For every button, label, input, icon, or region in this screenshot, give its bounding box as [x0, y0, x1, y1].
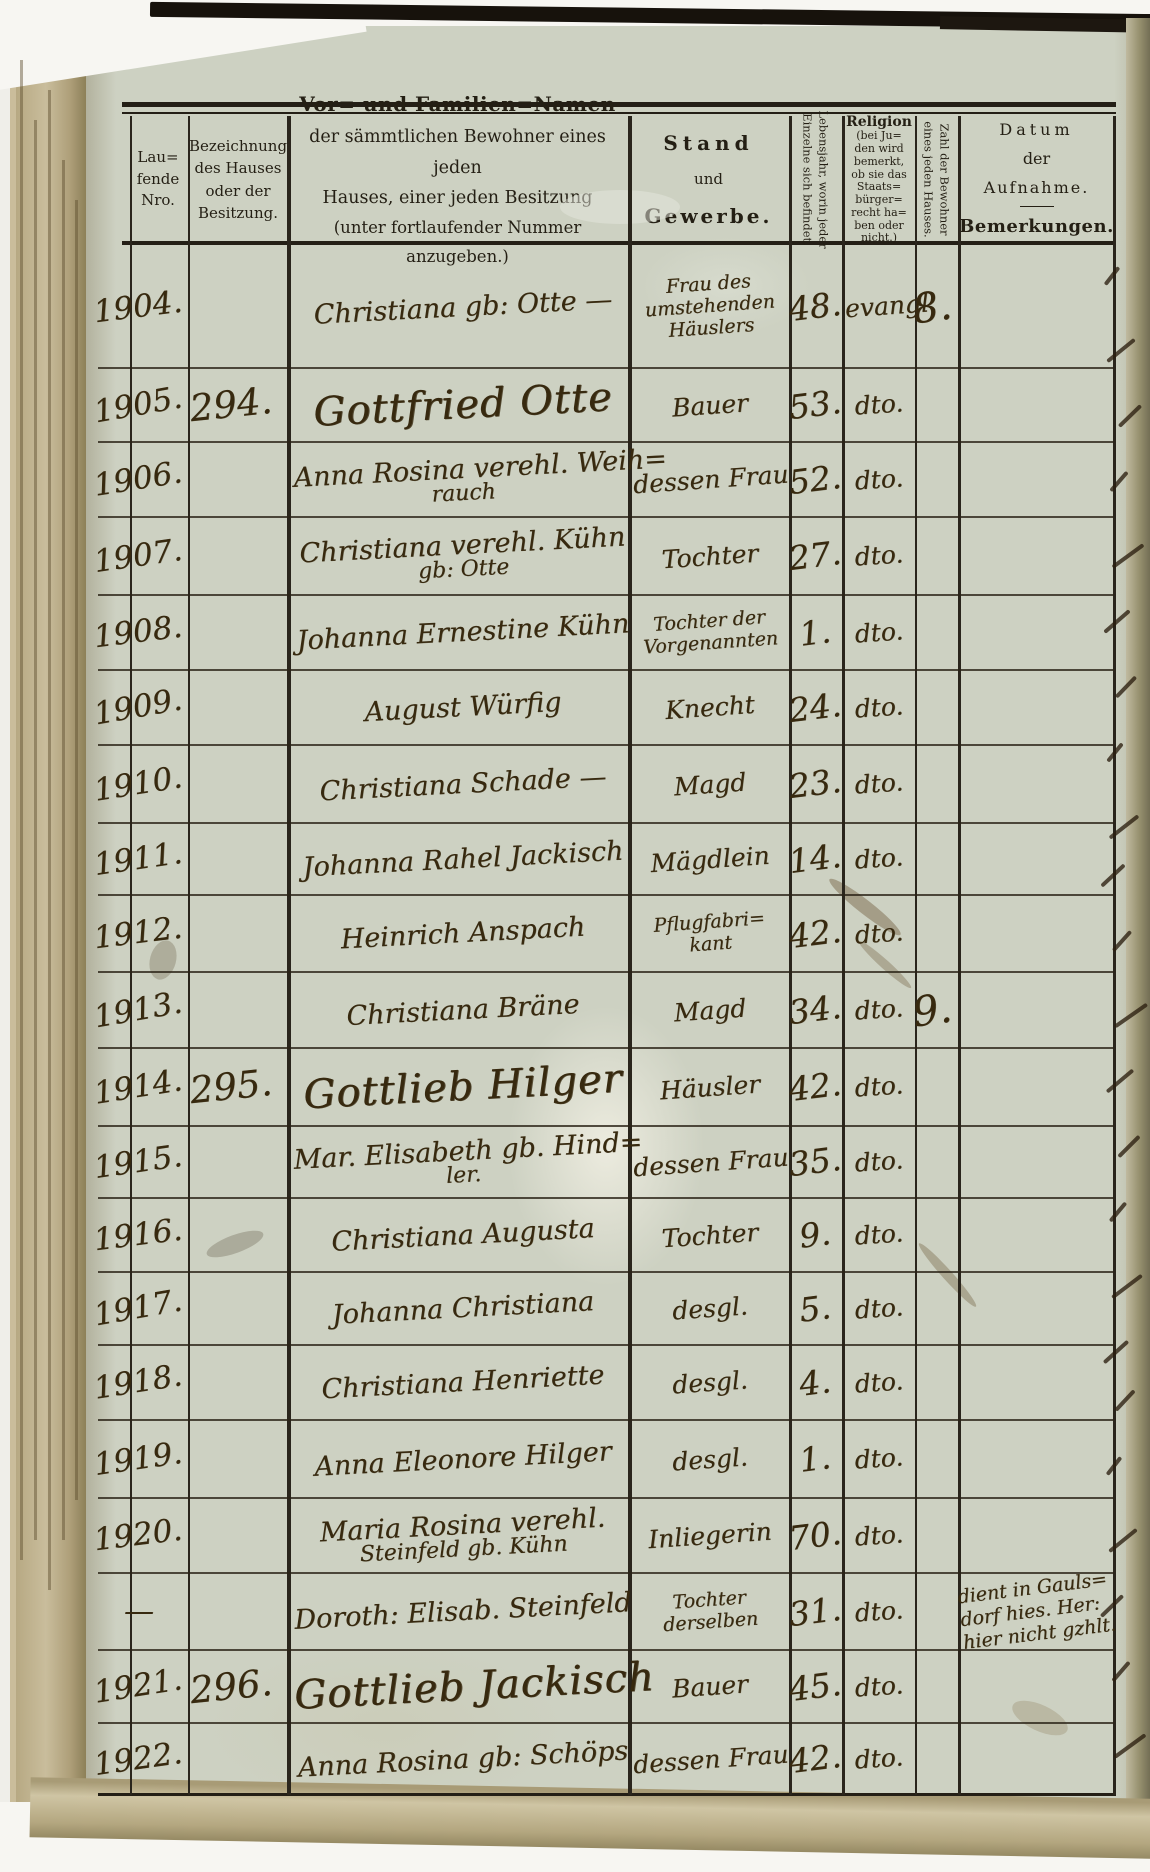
occupation-entry: Magd [630, 740, 789, 829]
header-zahl-bewohner: Zahl der Bewohner eines jeden Hauses. [915, 116, 958, 243]
age-entry: 42. [783, 1720, 847, 1798]
age-entry: 35. [783, 1123, 847, 1201]
name-entry-line: Doroth: Elisab. Steinfeld [293, 1587, 632, 1636]
table-row: 1905.294.Gottfried OtteBauer53.dto. [0, 368, 1150, 442]
row-number: 1904. [81, 240, 195, 373]
row-number: 1907. [83, 510, 193, 601]
table-row: 1910.Christiana Schade —Magd23.dto. [0, 745, 1150, 823]
header-religion: Religion (bei Ju= den wird bemerkt, ob s… [843, 116, 915, 243]
religion-entry: dto. [842, 743, 915, 826]
header-text: eines jeden Hauses. [923, 121, 937, 237]
occupation-entry: Bauer [631, 363, 790, 448]
age-entry: 70. [783, 1495, 848, 1576]
occupation-entry-line: Bauer [632, 385, 788, 425]
table-row: 1916.Christiana AugustaTochter9.dto. [0, 1198, 1150, 1272]
religion-entry: dto. [842, 1343, 915, 1423]
age-entry: 31. [783, 1570, 848, 1653]
religion-entry: dto. [843, 1721, 916, 1798]
header-text: Bezeichnung [189, 135, 287, 158]
header-text: Einzelne sich befindet. [802, 113, 816, 246]
house-number: 296. [174, 1645, 287, 1729]
occupation-entry-line: dessen Frau [632, 1142, 788, 1182]
header-lebensjahr: Lebensjahr, worin jeder Einzelne sich be… [789, 116, 842, 243]
header-text: Lebensjahr, worin jeder [817, 110, 831, 248]
page-edge-streak [62, 160, 65, 1540]
occupation-entry-line: Tochter [632, 536, 788, 576]
inhabitants-count-entry: 9. [900, 969, 964, 1052]
row-number: — [88, 1573, 188, 1650]
page-edge-streak [20, 60, 23, 1560]
age-entry: 24. [783, 667, 848, 748]
table-row: 1919.Anna Eleonore Hilgerdesgl.1.dto. [0, 1420, 1150, 1498]
religion-entry: dto. [842, 440, 915, 520]
religion-entry: dto. [842, 515, 915, 598]
occupation-entry: Mägdlein [631, 818, 790, 901]
age-entry: 42. [782, 1045, 847, 1129]
remark-entry: dient in Gauls=dorf hies. Her:hier nicht… [956, 1564, 1116, 1659]
occupation-entry-line: Knecht [632, 688, 788, 728]
table-row: 1913.Christiana BräneMagd34.dto.9. [0, 972, 1150, 1048]
header-text: Datum [999, 116, 1073, 145]
religion-entry: dto. [842, 593, 915, 673]
occupation-entry-line: dessen Frau [632, 1739, 788, 1779]
header-namen: Vor= und Familien=Namen der sämmtlichen … [289, 116, 626, 243]
age-entry: 52. [783, 439, 848, 520]
table-row: 1907.Christiana verehl. Kühngb: OtteToch… [0, 517, 1150, 595]
table-top-rule [122, 102, 1116, 107]
name-entry-line: Gottlieb Jackisch [293, 1655, 633, 1719]
header-text: der [1023, 145, 1050, 174]
stain [560, 190, 680, 224]
name-entry-line: Christiana Bräne [293, 986, 632, 1035]
occupation-entry-line: desgl. [632, 1289, 788, 1329]
table-row: 1917.Johanna Christianadesgl.5.dto. [0, 1272, 1150, 1345]
header-text: nicht.) [861, 232, 897, 245]
age-entry: 9. [783, 1195, 848, 1275]
age-entry: 1. [782, 1417, 847, 1501]
table-row: 1904.Christiana gb: Otte —Frau desumsteh… [0, 246, 1150, 368]
page-edge-streak [34, 120, 37, 1540]
religion-entry: dto. [843, 1648, 916, 1726]
header-stand-gewerbe: Stand und Gewerbe. [630, 116, 787, 243]
occupation-entry: desgl. [631, 1340, 790, 1426]
header-laufende-nro: Lau= fende Nro. [128, 116, 188, 243]
religion-entry: dto. [842, 893, 915, 975]
name-entry-line: Christiana Schade — [293, 760, 632, 809]
occupation-entry-line: desgl. [632, 1363, 788, 1403]
name-entry-line: Johanna Rahel Jackisch [293, 835, 632, 884]
header-text: und [694, 164, 723, 196]
occupation-entry: dessen Frau [631, 1121, 790, 1204]
header-text: den wird [854, 143, 903, 156]
header-text: Aufnahme. [984, 174, 1090, 203]
table-row: 1922.Anna Rosina gb: Schöpsdessen Frau42… [0, 1723, 1150, 1795]
occupation-entry-line: Mägdlein [632, 839, 788, 879]
header-text: Stand [663, 122, 753, 164]
header-text: des Hauses [195, 157, 282, 180]
religion-entry: dto. [842, 1418, 915, 1501]
header-text: Besitzung. [198, 202, 278, 225]
occupation-entry: Knecht [631, 665, 790, 751]
name-entry-line: Anna Rosina gb: Schöps [293, 1735, 632, 1784]
name-entry-line: August Würfig [293, 683, 632, 732]
religion-entry: dto. [843, 1270, 916, 1348]
header-text: fende [137, 169, 180, 191]
age-entry: 4. [783, 1342, 848, 1423]
name-entry-line: Heinrich Anspach [293, 909, 632, 958]
age-entry: 27. [782, 514, 847, 598]
age-entry: 42. [783, 892, 848, 975]
age-entry: 1. [783, 592, 848, 673]
house-number: 294. [174, 363, 287, 448]
header-text: Lau= [137, 147, 178, 169]
age-entry: 5. [783, 1269, 847, 1348]
religion-entry: dto. [842, 1046, 915, 1129]
table-row: 1908.Johanna Ernestine KühnTochter derVo… [0, 595, 1150, 670]
header-text: Hauses, einer jeden Besitzung [323, 183, 593, 214]
house-number: 295. [174, 1043, 288, 1132]
religion-entry: dto. [843, 366, 916, 445]
header-bezeichnung: Bezeichnung des Hauses oder der Besitzun… [190, 116, 286, 243]
occupation-entry: Tochter [631, 1193, 790, 1278]
name-entry-line: Johanna Christiana [293, 1284, 632, 1333]
page-edge-streak [75, 200, 78, 1500]
table-row: 1921.296.Gottlieb JackischBauer45.dto. [0, 1650, 1150, 1723]
header-text: oder der [205, 180, 270, 203]
occupation-entry: Inliegerin [631, 1493, 790, 1579]
occupation-entry-line: dessen Frau [632, 460, 788, 500]
register-page-photo: Lau= fende Nro. Bezeichnung des Hauses o… [0, 0, 1150, 1872]
occupation-entry-line: desgl. [632, 1439, 788, 1479]
row-number: 1920. [84, 1492, 192, 1579]
table-row: 1911.Johanna Rahel JackischMägdlein14.dt… [0, 823, 1150, 895]
header-text: Religion [846, 114, 912, 130]
table-row: —Doroth: Elisab. SteinfeldTochterderselb… [0, 1573, 1150, 1650]
occupation-entry: Tochterderselben [631, 1568, 790, 1656]
table-row: 1914.295.Gottlieb HilgerHäusler42.dto. [0, 1048, 1150, 1126]
occupation-entry-line: Magd [632, 764, 788, 804]
religion-entry: dto. [843, 1196, 916, 1275]
header-text: Nro. [141, 190, 175, 212]
header-datum-bemerkungen: Datum der Aufnahme. Bemerkungen. [958, 116, 1115, 243]
name-entry-line: Gottfried Otte [293, 373, 633, 437]
occupation-entry-line: Tochter [632, 1215, 788, 1255]
table-row: 1920.Maria Rosina verehl.Steinfeld gb. K… [0, 1498, 1150, 1573]
name-entry-line: Christiana Augusta [293, 1211, 632, 1260]
occupation-entry: dessen Frau [631, 1718, 790, 1801]
occupation-entry: dessen Frau [631, 437, 790, 523]
occupation-entry: Tochter derVorgenannten [631, 590, 790, 676]
header-text: bemerkt, [854, 156, 904, 169]
religion-entry: dto. [842, 668, 915, 748]
name-entry-line: Christiana Henriette [293, 1358, 632, 1407]
religion-entry: dto. [842, 1571, 915, 1653]
occupation-entry: Frau desumstehendenHäuslers [629, 241, 791, 373]
table-row: 1912.Heinrich AnspachPflugfabri=kant42.d… [0, 895, 1150, 972]
name-entry-line: Anna Eleonore Hilger [293, 1435, 632, 1484]
occupation-entry: desgl. [630, 1415, 789, 1504]
row-number: 1919. [83, 1413, 193, 1504]
occupation-entry: Bauer [631, 1645, 790, 1729]
name-entry-line: Johanna Ernestine Kühn [293, 608, 632, 657]
header-text: der sämmtlichen Bewohner eines jeden [289, 122, 626, 183]
occupation-entry-line: Häusler [632, 1067, 788, 1107]
religion-entry: dto. [842, 1496, 915, 1576]
header-text: Zahl der Bewohner [938, 123, 952, 235]
occupation-entry-line: Bauer [632, 1667, 788, 1707]
header-text: bürger= [855, 194, 902, 207]
row-number: 1922. [83, 1716, 192, 1801]
table-row: 1906.Anna Rosina verehl. Weih=rauchdesse… [0, 442, 1150, 517]
occupation-entry: desgl. [631, 1267, 790, 1351]
age-entry: 45. [783, 1647, 847, 1726]
age-entry: 23. [782, 742, 847, 826]
age-entry: 53. [783, 365, 848, 445]
religion-entry: dto. [843, 821, 916, 898]
age-entry: 34. [783, 969, 848, 1051]
table-top-rule-thin [122, 112, 1116, 114]
occupation-entry: Häusler [630, 1043, 789, 1132]
occupation-entry: Tochter [630, 512, 789, 601]
name-entry: Anna Rosina gb: Schöps [292, 1714, 633, 1804]
religion-entry: dto. [843, 1124, 916, 1201]
occupation-entry-line: Magd [632, 990, 788, 1030]
occupation-entry: Pflugfabri=kant [631, 890, 790, 978]
name-entry-line: Gottlieb Hilger [293, 1055, 633, 1119]
page-edge-streak [48, 90, 51, 1590]
row-number: 1915. [83, 1119, 192, 1204]
name-entry: Christiana gb: Otte — [291, 237, 635, 377]
header-text: Vor= und Familien=Namen [299, 87, 616, 122]
row-number: 1911. [83, 816, 192, 901]
table-row: 1915.Mar. Elisabeth gb. Hind=ler.dessen … [0, 1126, 1150, 1198]
header-text: recht ha= [851, 207, 907, 220]
age-entry: 14. [783, 820, 847, 898]
table-row: 1918.Christiana Henriettedesgl.4.dto. [0, 1345, 1150, 1420]
table-row: 1909.August WürfigKnecht24.dto. [0, 670, 1150, 745]
name-entry-line: Christiana gb: Otte — [293, 283, 632, 332]
header-text: Bemerkungen. [959, 211, 1114, 243]
occupation-entry-line: Inliegerin [632, 1516, 788, 1556]
occupation-entry: Magd [631, 967, 790, 1054]
